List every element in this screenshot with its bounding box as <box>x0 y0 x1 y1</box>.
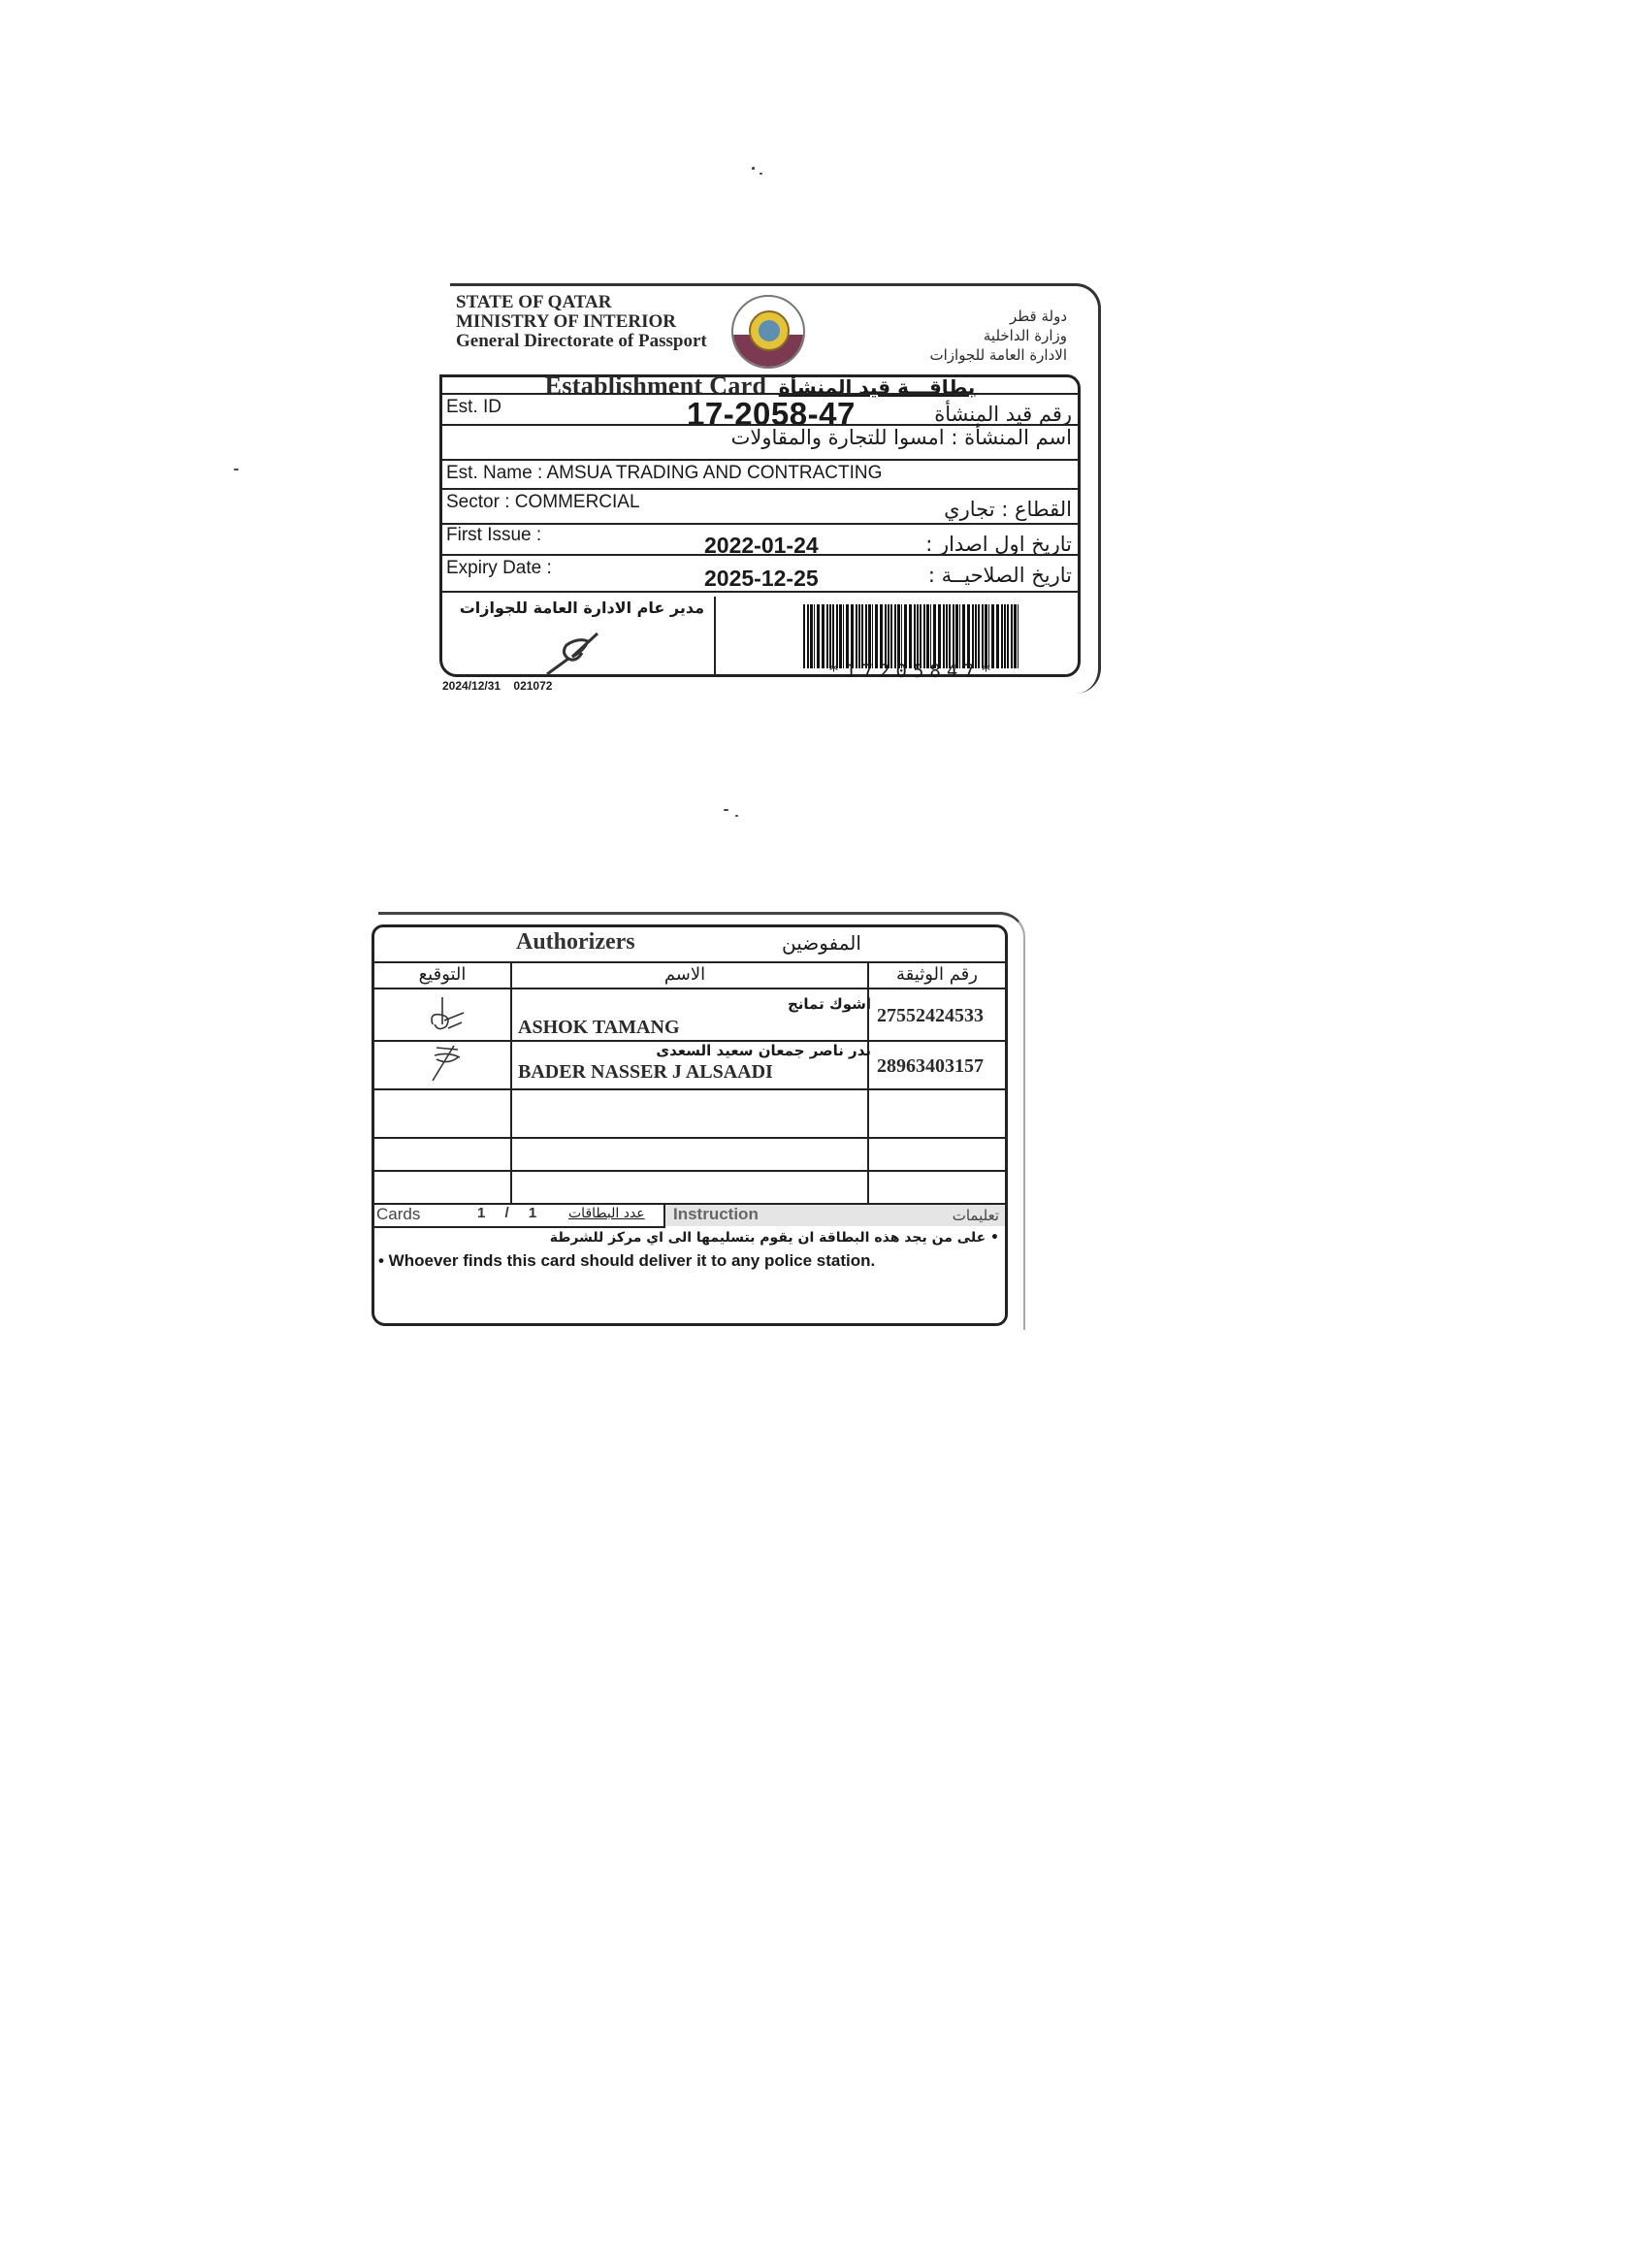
issuer-state: STATE OF QATAR <box>456 293 707 312</box>
establishment-card-table: Establishment Card بطاقـــة قيد المنشأة … <box>439 374 1081 677</box>
scan-speck <box>724 809 728 811</box>
police-notice-ar: • على من يجد هذه البطاقة ان يقوم بتسليمه… <box>550 1230 999 1246</box>
col-header-signature: التوقيع <box>394 964 491 985</box>
print-date: 2024/12/31 <box>442 679 501 693</box>
authorizers-title: Authorizers المفوضين <box>374 927 1005 963</box>
expiry-label: Expiry Date : <box>446 558 552 579</box>
est-name-ar: اسم المنشأة : امسوا للتجارة والمقاولات <box>731 426 1072 449</box>
issuer-ministry: MINISTRY OF INTERIOR <box>456 312 707 332</box>
authorizer-2-name: BADER NASSER J ALSAADI <box>518 1061 773 1084</box>
qatar-emblem-icon <box>731 295 805 369</box>
issuer-directorate-ar: الادارة العامة للجوازات <box>930 345 1068 365</box>
issuer-ministry-ar: وزارة الداخلية <box>930 326 1068 345</box>
authorizer-2-name-ar: بدر ناصر جمعان سعيد السعدى <box>656 1042 871 1059</box>
sector-value: Sector : COMMERCIAL <box>446 492 640 513</box>
scan-speck <box>752 167 755 170</box>
row-divider <box>442 459 1078 461</box>
cards-instruction-bar: Cards 1 / 1 عدد البطاقات Instruction تعل… <box>374 1203 1005 1226</box>
est-id-label: Est. ID <box>446 397 501 418</box>
authorizers-title-en: Authorizers <box>516 929 635 956</box>
issuer-state-ar: دولة قطر <box>930 307 1068 326</box>
authorizer-1-name-ar: اشوك تمانج <box>788 995 871 1013</box>
cards-label-ar: عدد البطاقات <box>568 1206 645 1221</box>
column-divider <box>510 961 512 1204</box>
instruction-label: Instruction <box>673 1205 759 1224</box>
instruction-label-ar: تعليمات <box>953 1207 999 1224</box>
row-divider <box>374 988 1005 989</box>
scan-speck <box>735 815 738 817</box>
row-divider <box>442 488 1078 490</box>
authorizer-1-signature-icon <box>419 995 471 1034</box>
expiry-label-ar: تاريخ الصلاحيــة : <box>928 564 1072 587</box>
authorizer-1-doc-no: 27552424533 <box>877 1005 984 1027</box>
row-divider <box>374 1137 1005 1139</box>
director-signature-icon <box>539 630 607 678</box>
cards-label: Cards <box>376 1205 420 1224</box>
row-divider <box>442 393 1078 395</box>
issuer-header-ar: دولة قطر وزارة الداخلية الادارة العامة ل… <box>930 307 1068 365</box>
row-divider <box>374 1170 1005 1172</box>
authorizers-title-ar: المفوضين <box>782 931 861 955</box>
director-signature-cell: مدير عام الادارة العامة للجوازات <box>442 597 716 674</box>
col-header-name: الاسم <box>607 964 762 985</box>
cards-count-box: Cards 1 / 1 عدد البطاقات <box>374 1205 665 1228</box>
authorizer-2-doc-no: 28963403157 <box>877 1055 984 1078</box>
barcode-number: *17205847* <box>803 661 1022 682</box>
authorizer-1-name: ASHOK TAMANG <box>518 1017 680 1039</box>
row-divider <box>442 554 1078 556</box>
est-id-label-ar: رقم قيد المنشأة <box>934 403 1072 426</box>
row-divider <box>442 591 1078 593</box>
scan-speck <box>760 173 762 175</box>
first-issue-label: First Issue : <box>446 525 541 546</box>
col-header-doc-no: رقم الوثيقة <box>879 964 995 985</box>
signatory-title-ar: مدير عام الادارة العامة للجوازات <box>460 599 704 617</box>
scan-speck <box>234 469 239 470</box>
issuer-directorate: General Directorate of Passport <box>456 332 707 351</box>
authorizer-2-signature-icon <box>419 1044 471 1083</box>
expiry-date: 2025-12-25 <box>704 566 819 592</box>
sector-value-ar: القطاع : تجاري <box>944 498 1072 521</box>
print-code: 021072 <box>513 679 552 693</box>
cards-count: 1 / 1 <box>477 1205 544 1221</box>
barcode-icon <box>803 604 1022 668</box>
print-stamp: 2024/12/31 021072 <box>442 679 552 693</box>
police-notice: • Whoever finds this card should deliver… <box>378 1251 875 1271</box>
first-issue-label-ar: تاريخ اول اصدار : <box>925 533 1072 556</box>
issuer-header-en: STATE OF QATAR MINISTRY OF INTERIOR Gene… <box>456 293 707 351</box>
authorizers-table: Authorizers المفوضين التوقيع الاسم رقم ا… <box>372 924 1008 1326</box>
est-name-value: Est. Name : AMSUA TRADING AND CONTRACTIN… <box>446 463 882 484</box>
row-divider <box>374 1088 1005 1090</box>
card-title: Establishment Card بطاقـــة قيد المنشأة <box>442 372 1078 393</box>
